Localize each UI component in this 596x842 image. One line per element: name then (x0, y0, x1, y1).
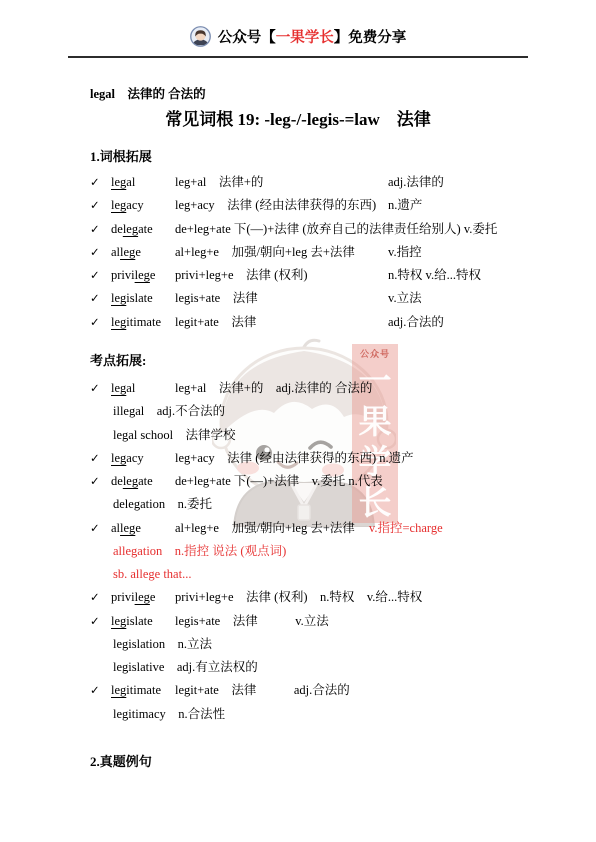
entry-row-allege: ✓allegeal+leg+e 加强/朝向+leg 去+法律v.指控 (90, 241, 542, 264)
entry-row-legislate: ✓legislatelegis+ate 法律 v.立法 (90, 610, 542, 633)
entry-word: legal (111, 171, 175, 194)
checkmark-icon: ✓ (90, 311, 111, 334)
sub-entry-row: sb. allege that... (90, 563, 542, 586)
sub-entry-row: illegal adj.不合法的 (90, 400, 542, 423)
morphology-and-gloss: privi+leg+e 法律 (权利) n.特权 v.给...特权 (175, 586, 542, 609)
section-heading-example-sentences: 2.真题例句 (90, 751, 152, 770)
pos-label: v.指控 (388, 241, 542, 264)
header-text-before: 公众号【 (218, 30, 276, 46)
pos-label: n.特权 v.给...特权 (388, 264, 542, 287)
checkmark-icon: ✓ (90, 287, 111, 310)
morphology-and-gloss: al+leg+e 加强/朝向+leg 去+法律v.指控=charge (175, 517, 542, 540)
morphology-and-gloss: legis+ate 法律 (175, 287, 388, 310)
section-heading-exam-points: 考点拓展: (90, 350, 146, 369)
checkmark-icon: ✓ (90, 241, 111, 264)
entry-word: legacy (111, 447, 175, 470)
sub-entry-text: sb. allege that... (113, 563, 542, 586)
morphology-and-gloss: de+leg+ate 下(—)+法律 (放弃自己的法律责任给别人) v.委托 (175, 218, 542, 241)
sub-entry-text: legislative adj.有立法权的 (113, 656, 542, 679)
morphology-and-gloss: leg+al 法律+的 adj.法律的 合法的 (175, 377, 542, 400)
morphology-and-gloss: legis+ate 法律 v.立法 (175, 610, 542, 633)
entry-word: legislate (111, 610, 175, 633)
brand-avatar-icon (190, 26, 211, 47)
checkmark-icon: ✓ (90, 586, 111, 609)
page-header: 公众号【一果学长】免费分享 (68, 0, 528, 58)
sub-entry-row: legislation n.立法 (90, 633, 542, 656)
pos-label: adj.合法的 (388, 311, 542, 334)
entry-word: delegate (111, 470, 175, 493)
checkmark-icon: ✓ (90, 171, 111, 194)
entry-row-legacy: ✓legacyleg+acy 法律 (经由法律获得的东西)n.遗产 (90, 194, 542, 217)
entry-word: legacy (111, 194, 175, 217)
pos-label: v.立法 (388, 287, 542, 310)
sub-entry-row: allegation n.指控 说法 (观点词) (90, 540, 542, 563)
entry-word: legitimate (111, 679, 175, 702)
sub-entry-row: legislative adj.有立法权的 (90, 656, 542, 679)
entry-word: allege (111, 517, 175, 540)
checkmark-icon: ✓ (90, 447, 111, 470)
pos-tail-red: v.指控=charge (369, 521, 443, 535)
sub-entry-text: illegal adj.不合法的 (113, 400, 542, 423)
header-text-after: 】免费分享 (334, 30, 407, 46)
checkmark-icon: ✓ (90, 377, 111, 400)
entry-row-legitimate: ✓legitimatelegit+ate 法律adj.合法的 (90, 311, 542, 334)
entry-row-delegate: ✓delegatede+leg+ate 下(—)+法律 (放弃自己的法律责任给别… (90, 218, 542, 241)
document-page: 公众号【一果学长】免费分享 公众号 一 果 学 长 legal 法律的 合法的 … (0, 0, 596, 842)
pos-label: n.遗产 (388, 194, 542, 217)
morphology-and-gloss: de+leg+ate 下(—)+法律 v.委托 n.代表 (175, 470, 542, 493)
sub-entry-text: allegation n.指控 说法 (观点词) (113, 540, 542, 563)
entry-word: allege (111, 241, 175, 264)
entry-row-legal: ✓legalleg+al 法律+的 adj.法律的 合法的 (90, 377, 542, 400)
morphology-and-gloss: leg+acy 法律 (经由法律获得的东西) n.遗产 (175, 447, 542, 470)
sub-entry-row: legal school 法律学校 (90, 424, 542, 447)
entry-word: privilege (111, 264, 175, 287)
entry-word: legal (111, 377, 175, 400)
checkmark-icon: ✓ (90, 264, 111, 287)
sub-entry-row: legitimacy n.合法性 (90, 703, 542, 726)
checkmark-icon: ✓ (90, 679, 111, 702)
morphology-and-gloss: legit+ate 法律 adj.合法的 (175, 679, 542, 702)
page-title: 常见词根 19: -leg-/-legis-=law 法律 (0, 105, 596, 130)
header-text: 公众号【一果学长】免费分享 (218, 26, 407, 47)
checkmark-icon: ✓ (90, 218, 111, 241)
morphology-and-gloss: privi+leg+e 法律 (权利) (175, 264, 388, 287)
header-brand-name: 一果学长 (276, 30, 334, 46)
entry-word: legislate (111, 287, 175, 310)
section-heading-root-expansion: 1.词根拓展 (90, 146, 152, 165)
sub-entry-row: delegation n.委托 (90, 493, 542, 516)
intro-line: legal 法律的 合法的 (90, 84, 206, 102)
watermark-banner-label: 公众号 (360, 347, 390, 360)
entry-row-privilege: ✓privilegeprivi+leg+e 法律 (权利)n.特权 v.给...… (90, 264, 542, 287)
sub-entry-text: legal school 法律学校 (113, 424, 542, 447)
sub-entry-text: legitimacy n.合法性 (113, 703, 542, 726)
entry-row-legislate: ✓legislatelegis+ate 法律v.立法 (90, 287, 542, 310)
sub-entry-text: delegation n.委托 (113, 493, 542, 516)
checkmark-icon: ✓ (90, 194, 111, 217)
morphology-and-gloss: al+leg+e 加强/朝向+leg 去+法律 (175, 241, 388, 264)
entry-word: legitimate (111, 311, 175, 334)
entry-row-delegate: ✓delegatede+leg+ate 下(—)+法律 v.委托 n.代表 (90, 470, 542, 493)
checkmark-icon: ✓ (90, 517, 111, 540)
pos-label: adj.法律的 (388, 171, 542, 194)
entry-word: delegate (111, 218, 175, 241)
sub-entry-text: legislation n.立法 (113, 633, 542, 656)
entry-word: privilege (111, 586, 175, 609)
entry-row-allege: ✓allegeal+leg+e 加强/朝向+leg 去+法律v.指控=charg… (90, 517, 542, 540)
morphology-and-gloss: leg+al 法律+的 (175, 171, 388, 194)
entry-row-legacy: ✓legacyleg+acy 法律 (经由法律获得的东西) n.遗产 (90, 447, 542, 470)
entry-row-privilege: ✓privilegeprivi+leg+e 法律 (权利) n.特权 v.给..… (90, 586, 542, 609)
morphology-and-gloss: leg+acy 法律 (经由法律获得的东西) (175, 194, 388, 217)
entry-row-legitimate: ✓legitimatelegit+ate 法律 adj.合法的 (90, 679, 542, 702)
checkmark-icon: ✓ (90, 610, 111, 633)
morphology-and-gloss: legit+ate 法律 (175, 311, 388, 334)
entry-row-legal: ✓legalleg+al 法律+的adj.法律的 (90, 171, 542, 194)
root-expansion-rows: ✓legalleg+al 法律+的adj.法律的✓legacyleg+acy 法… (90, 171, 542, 334)
checkmark-icon: ✓ (90, 470, 111, 493)
exam-points-rows: ✓legalleg+al 法律+的 adj.法律的 合法的illegal adj… (90, 377, 542, 726)
